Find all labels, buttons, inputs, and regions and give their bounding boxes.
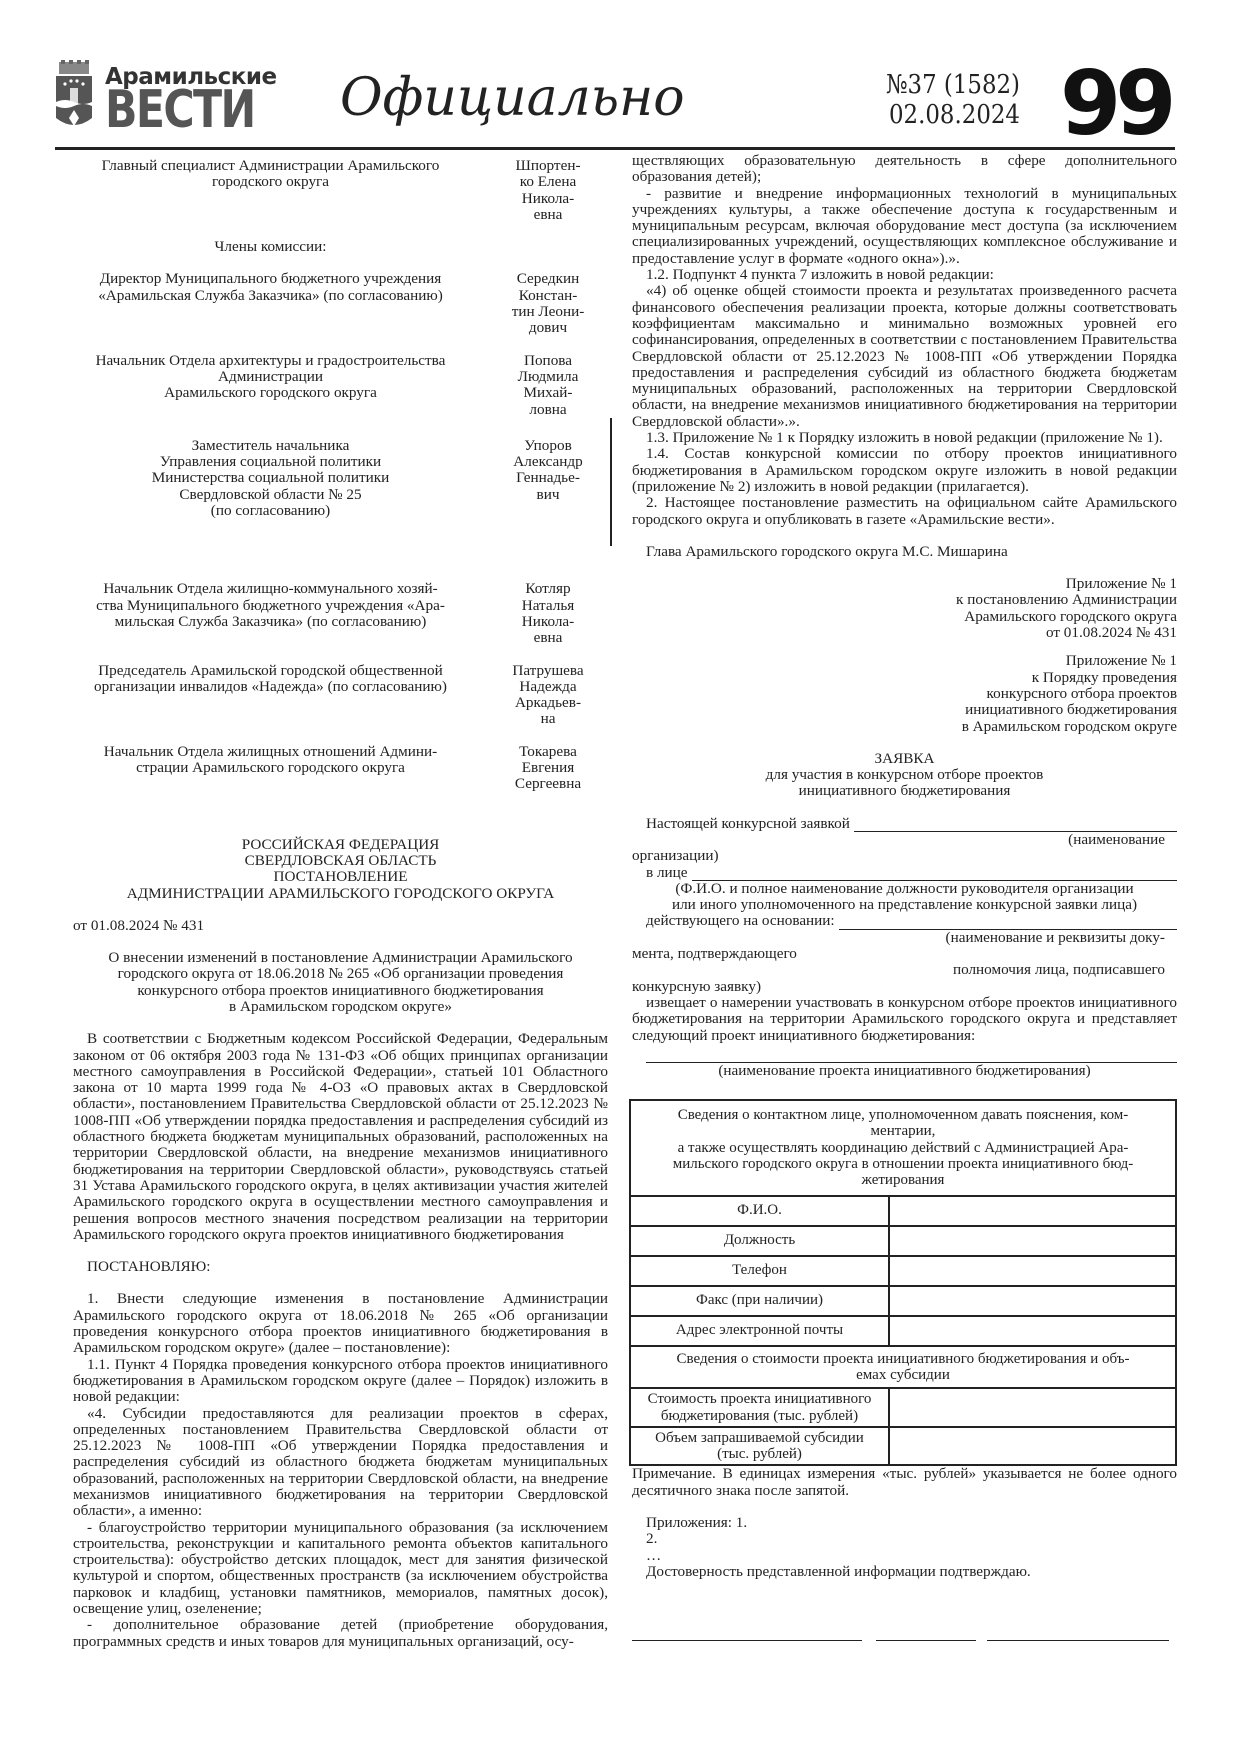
decree-signature: Глава Арамильского городского округа М.С…	[632, 544, 1177, 560]
decree-heading: РОССИЙСКАЯ ФЕДЕРАЦИЯ СВЕРДЛОВСКАЯ ОБЛАСТ…	[73, 837, 608, 902]
field-hint: (наименование проекта инициативного бюдж…	[632, 1063, 1177, 1079]
field-hint: полномочия лица, подписавшего	[632, 962, 1177, 978]
signature-lines	[632, 1640, 1177, 1644]
decree-title: О внесении изменений в постановление Адм…	[73, 950, 608, 1015]
table-row: Должность	[630, 1226, 1176, 1256]
table-input[interactable]	[889, 1427, 1176, 1466]
member-position: Директор Муниципального бюджетного учреж…	[73, 271, 468, 336]
member-name: Середкин Констан- тин Леони- дович	[493, 271, 603, 336]
basis-field[interactable]: действующего на основании:	[632, 913, 1177, 929]
member-position: Начальник Отдела жилищно-коммунального х…	[73, 581, 468, 646]
decree-paragraph: - благоустройство территории муниципальн…	[73, 1520, 608, 1618]
member-position: Председатель Арамильской городской общес…	[73, 663, 468, 728]
member-name: Котляр Наталья Никола- евна	[493, 581, 603, 646]
member-name: Патрушева Надежда Аркадьев- на	[493, 663, 603, 728]
commission-secretary: Главный специалист Администрации Арамиль…	[73, 158, 608, 223]
cost-header: Сведения о стоимости проекта инициативно…	[630, 1346, 1176, 1389]
signature-line-sign[interactable]	[876, 1640, 976, 1641]
page-number: 99	[1060, 52, 1170, 155]
issue-info: №37 (1582) 02.08.2024	[875, 70, 1020, 130]
field-label: в лице	[646, 865, 688, 881]
table-input[interactable]	[889, 1196, 1176, 1226]
member-name: Попова Людмила Михай- ловна	[493, 353, 603, 418]
decree-preamble: В соответствии с Бюджетным кодексом Росс…	[73, 1031, 608, 1243]
field-hint: (наименование	[632, 832, 1177, 848]
member-name: Упоров Александр Геннадье- вич	[493, 438, 603, 519]
decree-paragraph: - развитие и внедрение информационных те…	[632, 186, 1177, 267]
attachment-item: 2.	[646, 1531, 1177, 1547]
issue-number: №37 (1582)	[875, 70, 1020, 100]
member-position: Заместитель начальника Управления социал…	[73, 438, 468, 519]
field-hint: организации)	[632, 848, 1177, 864]
decree-paragraph: «4. Субсидии предоставляются для реализа…	[73, 1406, 608, 1520]
table-input[interactable]	[889, 1316, 1176, 1346]
decree-paragraph: 1.3. Приложение № 1 к Порядку изложить в…	[632, 430, 1177, 446]
decree-paragraph: 1.1. Пункт 4 Порядка проведения конкурсн…	[73, 1357, 608, 1406]
table-row: Стоимость проекта инициативного бюджетир…	[630, 1388, 1176, 1427]
field-hint: конкурсную заявку)	[632, 979, 1177, 995]
organization-field[interactable]: Настоящей конкурсной заявкой	[632, 816, 1177, 832]
appendix-reference-2: Приложение № 1 к Порядку проведения конк…	[632, 653, 1177, 734]
decree-paragraph: «4) об оценке общей стоимости проекта и …	[632, 283, 1177, 430]
decree-paragraph: - дополнительное образование детей (прио…	[73, 1617, 608, 1650]
members-heading: Члены комиссии:	[73, 239, 468, 255]
column-divider	[610, 418, 612, 546]
table-row: Ф.И.О.	[630, 1196, 1176, 1226]
coat-of-arms-icon	[55, 60, 93, 132]
table-input[interactable]	[889, 1256, 1176, 1286]
application-title: ЗАЯВКА	[632, 751, 1177, 767]
member-position: Главный специалист Администрации Арамиль…	[73, 158, 468, 223]
table-note: Примечание. В единицах измерения «тыс. р…	[632, 1466, 1177, 1499]
confirmation-text: Достоверность представленной информации …	[646, 1564, 1177, 1580]
application-statement: извещает о намерении участвовать в конку…	[632, 995, 1177, 1044]
table-row: Адрес электронной почты	[630, 1316, 1176, 1346]
decree-paragraph: 2. Настоящее постановление разместить на…	[632, 495, 1177, 528]
attachment-item: Приложения: 1.	[646, 1515, 1177, 1531]
attachment-item: …	[646, 1548, 1177, 1564]
table-row: Факс (при наличии)	[630, 1286, 1176, 1316]
table-row: Телефон	[630, 1256, 1176, 1286]
attachments-list: Приложения: 1. 2. … Достоверность предст…	[632, 1515, 1177, 1580]
section-title: Официально	[340, 68, 685, 128]
member-position: Начальник Отдела жилищных отношений Адми…	[73, 744, 468, 793]
signature-line-position[interactable]	[632, 1640, 862, 1641]
decree-paragraph: ществляющих образовательную деятельность…	[632, 153, 1177, 186]
masthead: Арамильские ВЕСТИ Официально №37 (1582) …	[55, 60, 1175, 150]
logo-text-bottom: ВЕСТИ	[105, 80, 254, 140]
issue-date: 02.08.2024	[875, 100, 1020, 130]
commission-member: Директор Муниципального бюджетного учреж…	[73, 271, 608, 336]
table-input[interactable]	[889, 1286, 1176, 1316]
contact-header: Сведения о контактном лице, уполномоченн…	[630, 1100, 1176, 1195]
appendix-reference-1: Приложение № 1 к постановлению Администр…	[632, 576, 1177, 641]
decree-number: от 01.08.2024 № 431	[73, 918, 608, 934]
field-hint: (наименование и реквизиты доку-	[632, 930, 1177, 946]
commission-member: Заместитель начальника Управления социал…	[73, 438, 608, 519]
signature-line-name[interactable]	[987, 1640, 1169, 1641]
application-subtitle: для участия в конкурсном отборе проектов…	[632, 767, 1177, 800]
decree-paragraph: 1.4. Состав конкурсной комиссии по отбор…	[632, 446, 1177, 495]
member-name: Шпортен- ко Елена Никола- евна	[493, 158, 603, 223]
commission-member: Начальник Отдела архитектуры и градостро…	[73, 353, 608, 418]
table-input[interactable]	[889, 1226, 1176, 1256]
decree-paragraph: 1.2. Подпункт 4 пункта 7 изложить в ново…	[632, 267, 1177, 283]
member-name: Токарева Евгения Сергеевна	[493, 744, 603, 793]
representative-field[interactable]: в лице	[632, 865, 1177, 881]
commission-member: Начальник Отдела жилищно-коммунального х…	[73, 581, 608, 646]
left-column: Главный специалист Администрации Арамиль…	[73, 158, 608, 1650]
table-input[interactable]	[889, 1388, 1176, 1427]
field-label: действующего на основании:	[646, 913, 835, 929]
commission-member: Начальник Отдела жилищных отношений Адми…	[73, 744, 608, 793]
commission-member: Председатель Арамильской городской общес…	[73, 663, 608, 728]
decree-resolve: ПОСТАНОВЛЯЮ:	[73, 1259, 608, 1275]
contact-table: Сведения о контактном лице, уполномоченн…	[629, 1099, 1177, 1466]
field-label: Настоящей конкурсной заявкой	[646, 816, 850, 832]
field-hint: (Ф.И.О. и полное наименование должности …	[632, 881, 1177, 914]
member-position: Начальник Отдела архитектуры и градостро…	[73, 353, 468, 418]
table-row: Объем запрашиваемой субсидии (тыс. рубле…	[630, 1427, 1176, 1466]
decree-paragraph: 1. Внести следующие изменения в постанов…	[73, 1291, 608, 1356]
header-rule	[55, 147, 1175, 150]
field-hint: мента, подтверждающего	[632, 946, 1177, 962]
right-column: ществляющих образовательную деятельность…	[632, 153, 1177, 1580]
